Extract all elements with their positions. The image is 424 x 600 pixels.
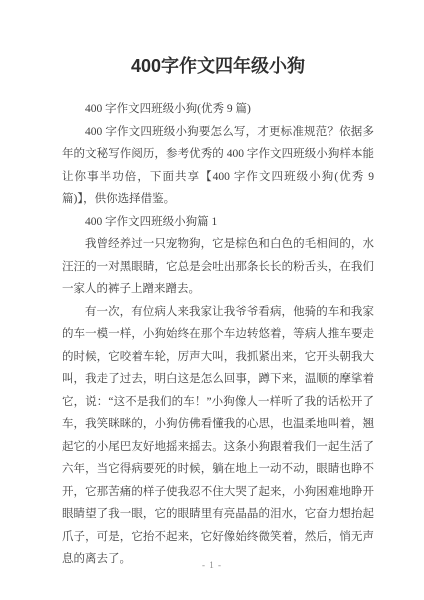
document-content: 400字作文四年级小狗 400 字作文四班级小狗(优秀 9 篇) 400 字作文… [0, 0, 424, 571]
document-title: 400字作文四年级小狗 [62, 52, 374, 80]
intro-paragraph: 400 字作文四班级小狗要怎么写，才更标准规范？依据多年的文秘写作阅历，参考优秀… [62, 121, 374, 211]
body-paragraph: 我曾经养过一只宠物狗，它是棕色和白色的毛相间的，水汪汪的一对黑眼睛，它总是会吐出… [62, 233, 374, 301]
subtitle-line: 400 字作文四班级小狗(优秀 9 篇) [62, 98, 374, 121]
page-number: - 1 - [0, 560, 424, 570]
body-paragraph: 有一次，有位病人来我家让我爷爷看病，他骑的车和我家的车一模一样，小狗始终在那个车… [62, 301, 374, 571]
section-heading: 400 字作文四班级小狗篇 1 [62, 211, 374, 234]
document-page: 400字作文四年级小狗 400 字作文四班级小狗(优秀 9 篇) 400 字作文… [0, 0, 424, 600]
